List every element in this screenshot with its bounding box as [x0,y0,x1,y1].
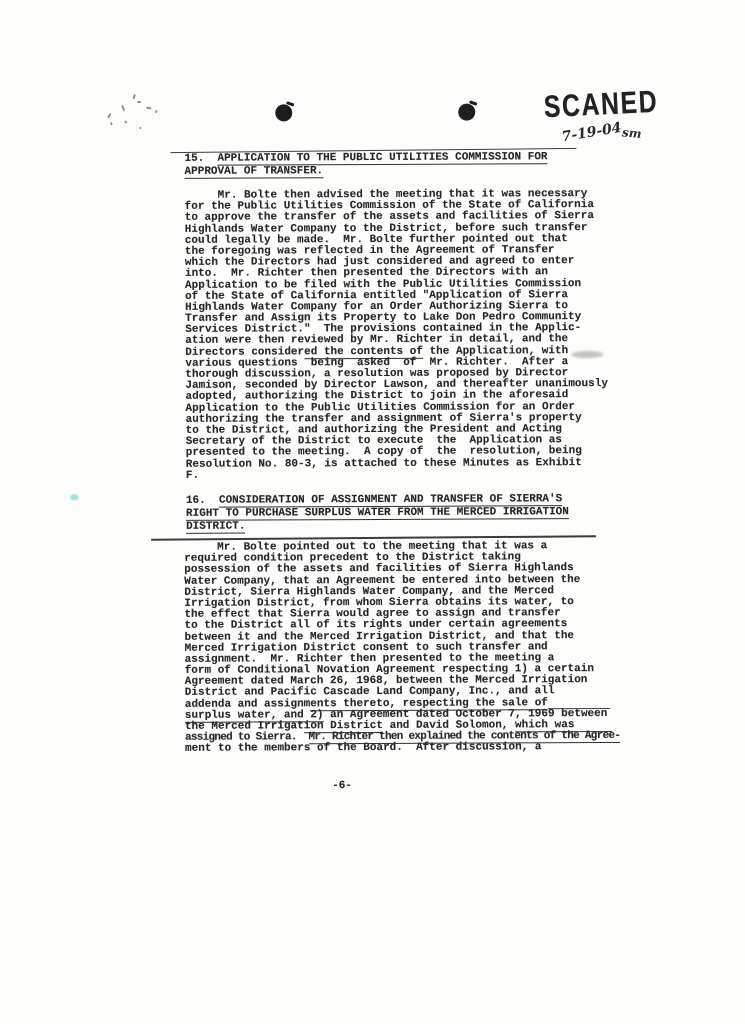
text-line: DISTRICT. [186,519,569,534]
pencil-mark [107,113,111,118]
pencil-mark [146,107,151,110]
ink-smudge-cyan [70,494,79,500]
section-16-heading: 16. CONSIDERATION OF ASSIGNMENT AND TRAN… [186,493,569,533]
pencil-mark [155,110,157,113]
pencil-mark [110,122,113,125]
text-line: assigned to Sierra. Mr. Richter then exp… [185,731,620,744]
text-line: F. [186,469,609,482]
pencil-mark [121,105,125,111]
handwritten-initials: sm [622,125,643,141]
text-line: APPROVAL OF TRANSFER. [184,164,547,178]
pencil-mark [139,127,141,129]
section-16-paragraph: Mr. Bolte pointed out to the meeting tha… [184,541,620,755]
text-line: 15. APPLICATION TO THE PUBLIC UTILITIES … [184,151,547,165]
text-line: ment to the members of the Board. After … [185,742,620,755]
pencil-scribble-cluster [98,91,168,136]
binder-dot-left [275,104,292,121]
binder-dot-right [458,104,475,121]
handwritten-date: 7-19-04 [561,120,623,145]
section-15-paragraph: Mr. Bolte then advised the meeting that … [185,189,609,482]
pencil-mark [137,101,141,103]
section-15-heading: 15. APPLICATION TO THE PUBLIC UTILITIES … [184,151,547,178]
text-line: RIGHT TO PURCHASE SURPLUS WATER FROM THE… [186,506,569,521]
text-line: Resolution No. 80-3, is attached to thes… [186,457,609,470]
scanned-document-page: SCANED 7-19-04sm 15. APPLICATION TO THE … [0,0,745,1024]
pencil-mark [124,120,128,124]
pencil-mark [133,94,136,99]
scanned-stamp: SCANED [543,86,659,122]
scan-content: SCANED 7-19-04sm 15. APPLICATION TO THE … [0,0,745,1024]
page-number: -6- [332,780,352,792]
